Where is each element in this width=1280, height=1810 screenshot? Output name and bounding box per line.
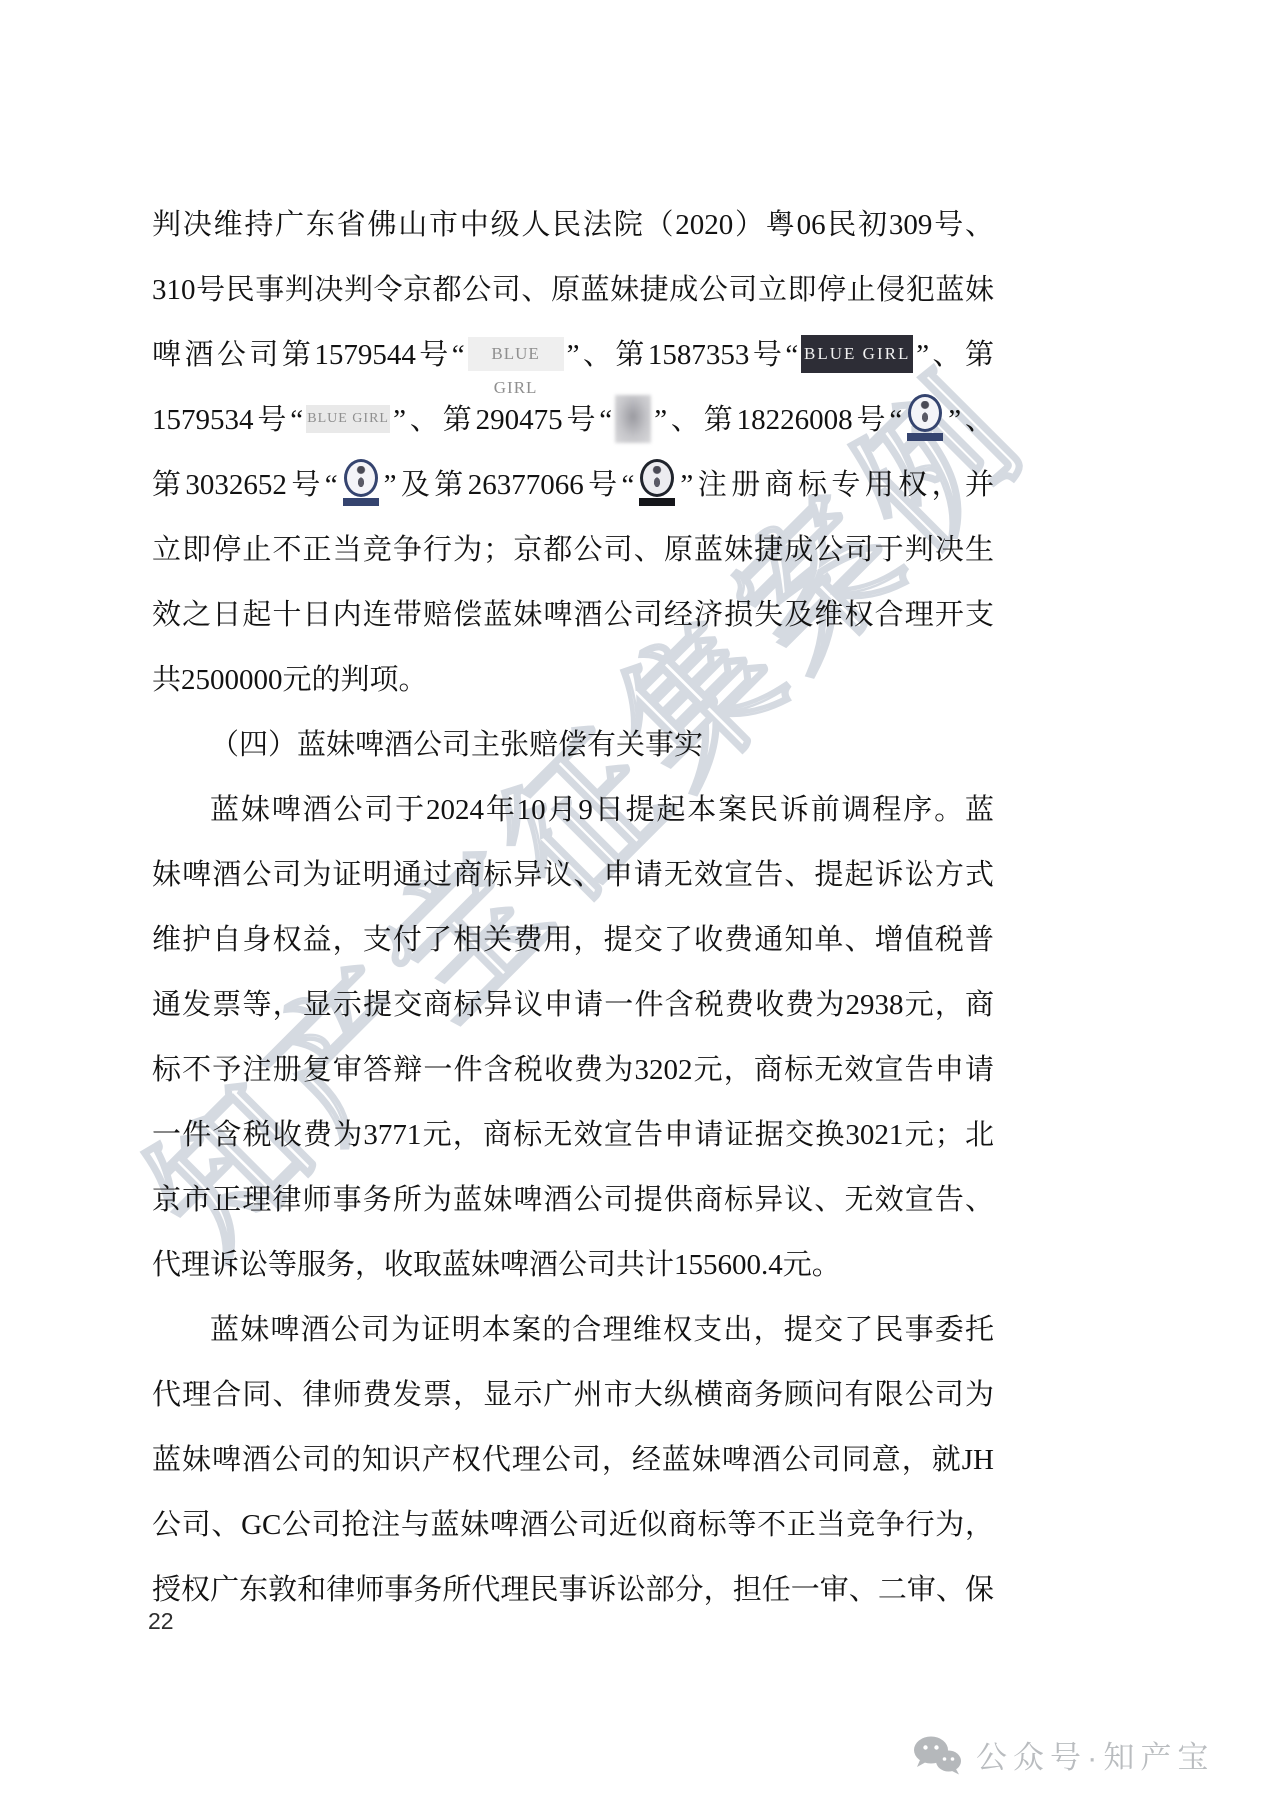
text-line: 立即停止不正当竞争行为；京都公司、原蓝妹捷成公司于判决生 [152, 518, 994, 583]
badge-figure [919, 401, 931, 425]
page-number: 22 [148, 1608, 174, 1635]
text-line: 公司、GC公司抢注与蓝妹啤酒公司近似商标等不正当竞争行为， [152, 1493, 994, 1558]
text-line: 蓝妹啤酒公司于2024年10月9日提起本案民诉前调程序。蓝 [152, 778, 994, 843]
badge-oval [908, 394, 942, 432]
trademark-badge-logo [637, 459, 677, 509]
trademark-blue-girl-box: BLUE GIRL [801, 335, 913, 373]
document-body: 判决维持广东省佛山市中级人民法院（2020）粤06民初309号、310号民事判决… [152, 193, 994, 1623]
text-line: 一件含税收费为3771元，商标无效宣告申请证据交换3021元；北 [152, 1103, 994, 1168]
document-page: 知产宝征集案例 判决维持广东省佛山市中级人民法院（2020）粤06民初309号、… [0, 0, 1280, 1810]
text-line: 判决维持广东省佛山市中级人民法院（2020）粤06民初309号、 [152, 193, 994, 258]
trademark-seal-image [615, 395, 651, 443]
footer-label: 公众号·知产宝 [976, 1732, 1214, 1777]
text-line: 啤酒公司第1579544号“BLUE GIRL”、第1587353号“BLUE … [152, 323, 994, 388]
text-line: 310号民事判决判令京都公司、原蓝妹捷成公司立即停止侵犯蓝妹 [152, 258, 994, 323]
text-line: 蓝妹啤酒公司的知识产权代理公司，经蓝妹啤酒公司同意，就JH [152, 1428, 994, 1493]
text-line: 标不予注册复审答辩一件含税收费为3202元，商标无效宣告申请 [152, 1038, 994, 1103]
trademark-badge-logo [905, 394, 945, 444]
badge-oval [344, 459, 378, 497]
trademark-blue-girl-text: BLUE GIRL [306, 405, 390, 433]
text-line: 共2500000元的判项。 [152, 648, 994, 713]
text-line: 效之日起十日内连带赔偿蓝妹啤酒公司经济损失及维权合理开支 [152, 583, 994, 648]
text-line: 第3032652号“”及第26377066号“”注册商标专用权，并 [152, 453, 994, 518]
text-line: 1579534号“BLUE GIRL”、第290475号“”、第18226008… [152, 388, 994, 453]
footer: 公众号·知产宝 [912, 1732, 1214, 1777]
text-line: （四）蓝妹啤酒公司主张赔偿有关事实 [152, 713, 994, 778]
wechat-icon [912, 1735, 964, 1775]
text-line: 代理诉讼等服务，收取蓝妹啤酒公司共计155600.4元。 [152, 1233, 994, 1298]
text-line: 蓝妹啤酒公司为证明本案的合理维权支出，提交了民事委托 [152, 1298, 994, 1363]
text-line: 授权广东敦和律师事务所代理民事诉讼部分，担任一审、二审、保 [152, 1558, 994, 1623]
text-line: 妹啤酒公司为证明通过商标异议、申请无效宣告、提起诉讼方式 [152, 843, 994, 908]
trademark-badge-logo [341, 459, 381, 509]
badge-oval [640, 459, 674, 497]
badge-banner [639, 498, 675, 506]
badge-figure [355, 466, 367, 490]
text-line: 维护自身权益，支付了相关费用，提交了收费通知单、增值税普 [152, 908, 994, 973]
text-line: 京市正理律师事务所为蓝妹啤酒公司提供商标异议、无效宣告、 [152, 1168, 994, 1233]
badge-banner [907, 433, 943, 441]
trademark-blue-girl-text: BLUE GIRL [468, 337, 564, 371]
text-line: 通发票等，显示提交商标异议申请一件含税费收费为2938元，商 [152, 973, 994, 1038]
text-line: 代理合同、律师费发票，显示广州市大纵横商务顾问有限公司为 [152, 1363, 994, 1428]
badge-banner [343, 498, 379, 506]
badge-figure [651, 466, 663, 490]
